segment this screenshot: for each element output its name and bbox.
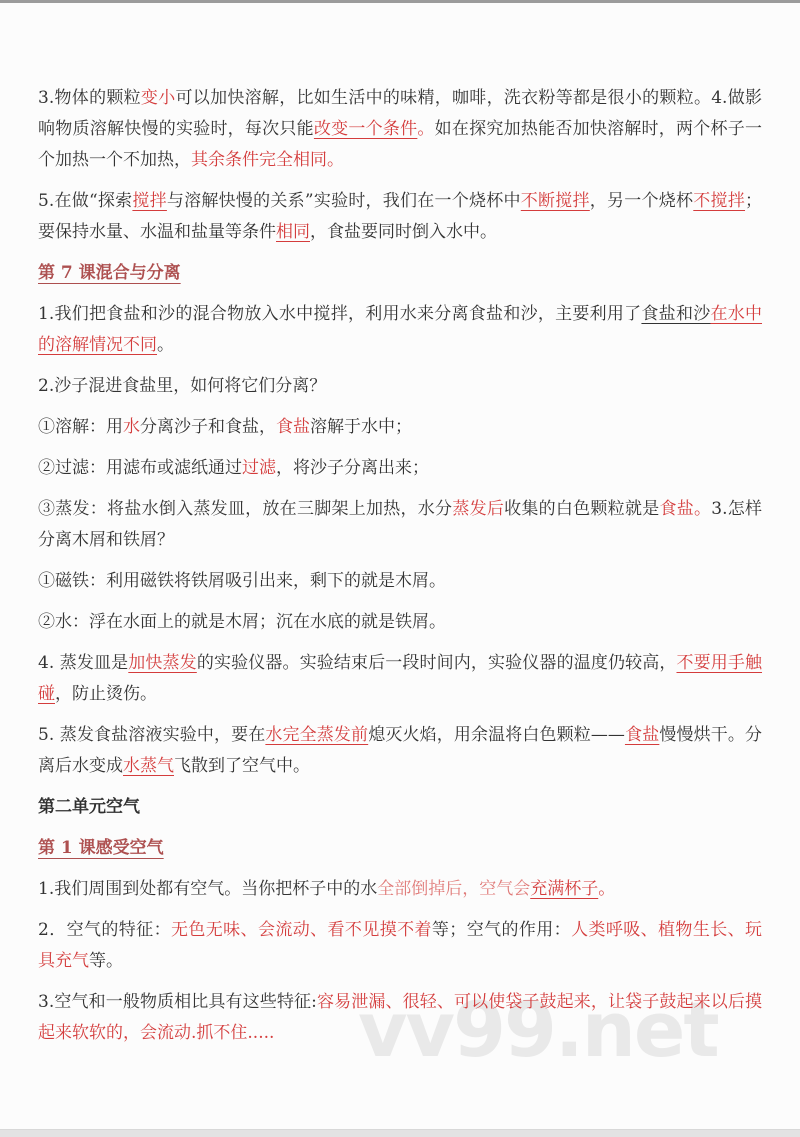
text-run: 溶解于水中； [310, 417, 412, 437]
page-bottom-edge [0, 1129, 800, 1137]
paragraph: 2．空气的特征：无色无味、会流动、看不见摸不着等；空气的作用：人类呼吸、植物生长… [38, 915, 762, 977]
paragraph: 4. 蒸发皿是加快蒸发的实验仪器。实验结束后一段时间内，实验仪器的温度仍较高，不… [38, 648, 762, 710]
text-run: ，另一个烧杯 [590, 191, 693, 211]
text-run: 无色无味、会流动、看不见摸不着 [171, 920, 432, 940]
text-run: 2．空气的特征： [38, 920, 171, 940]
paragraph: ①磁铁：利用磁铁将铁屑吸引出来，剩下的就是木屑。 [38, 566, 762, 597]
paragraph: 5. 蒸发食盐溶液实验中，要在水完全蒸发前熄灭火焰，用余温将白色颗粒——食盐慢慢… [38, 720, 762, 782]
text-run: 5.在做“探索 [38, 191, 132, 211]
text-run: ②水：浮在水面上的就是木屑；沉在水底的就是铁屑。 [38, 612, 446, 632]
text-run: ，食盐要同时倒入水中。 [310, 222, 497, 242]
text-run: 。 [598, 879, 615, 899]
text-run: 不搅拌 [693, 191, 745, 211]
text-run: 。 [417, 119, 434, 139]
text-run: 全部倒掉后，空气会 [377, 879, 530, 899]
paragraph: 1.我们把食盐和沙的混合物放入水中搅拌，利用水来分离食盐和沙，主要利用了食盐和沙… [38, 299, 762, 361]
paragraph: 5.在做“探索搅拌与溶解快慢的关系”实验时，我们在一个烧杯中不断搅拌，另一个烧杯… [38, 186, 762, 248]
paragraph: ②水：浮在水面上的就是木屑；沉在水底的就是铁屑。 [38, 607, 762, 638]
paragraph: 2.沙子混进食盐里，如何将它们分离？ [38, 371, 762, 402]
text-run: ，防止烫伤。 [55, 684, 157, 704]
text-run: 食盐。 [659, 499, 711, 519]
text-run: 。 [157, 335, 174, 355]
text-run: 1.我们周围到处都有空气。当你把杯子中的水 [38, 879, 377, 899]
section-heading: 第 1 课感受空气 [38, 833, 762, 864]
text-run: ①溶解：用 [38, 417, 123, 437]
text-run: 蒸发后 [452, 499, 504, 519]
text-run: 不断搅拌 [521, 191, 590, 211]
text-run: 第二单元空气 [38, 797, 140, 817]
text-run: 水 [123, 417, 140, 437]
text-run: 分离沙子和食盐， [140, 417, 276, 437]
text-run: 改变一个条件 [314, 119, 417, 139]
text-run: 3.物体的颗粒 [38, 88, 141, 108]
document-page: vv99.net 3.物体的颗粒变小可以加快溶解，比如生活中的味精，咖啡，洗衣粉… [0, 0, 800, 1137]
paragraph: 1.我们周围到处都有空气。当你把杯子中的水全部倒掉后，空气会充满杯子。 [38, 874, 762, 905]
paragraph: 3.物体的颗粒变小可以加快溶解，比如生活中的味精，咖啡，洗衣粉等都是很小的颗粒。… [38, 83, 762, 176]
text-run: ③蒸发：将盐水倒入蒸发皿，放在三脚架上加热，水分 [38, 499, 452, 519]
text-run: 熄灭火焰，用余温将白色颗粒—— [368, 725, 625, 745]
text-run: 收集的白色颗粒就是 [504, 499, 659, 519]
text-run: ②过滤：用滤布或滤纸通过 [38, 458, 242, 478]
text-run: ①磁铁：利用磁铁将铁屑吸引出来，剩下的就是木屑。 [38, 571, 446, 591]
text-run: 其余条件完全相同。 [191, 150, 344, 170]
text-run: 搅拌 [132, 191, 167, 211]
text-run: 相同 [276, 222, 310, 242]
paragraph: ①溶解：用水分离沙子和食盐，食盐溶解于水中； [38, 412, 762, 443]
section-heading: 第 7 课混合与分离 [38, 258, 762, 289]
paragraph: ②过滤：用滤布或滤纸通过过滤，将沙子分离出来； [38, 453, 762, 484]
text-run: 1.我们把食盐和沙的混合物放入水中搅拌，利用水来分离食盐和沙，主要利用了 [38, 304, 641, 324]
text-run: 飞散到了空气中。 [174, 756, 310, 776]
text-run: 4. 蒸发皿是 [38, 653, 128, 673]
text-run: 2.沙子混进食盐里，如何将它们分离？ [38, 376, 326, 396]
text-run: 水完全蒸发前 [265, 725, 368, 745]
text-run: 等。 [89, 951, 123, 971]
text-run: 食盐 [276, 417, 310, 437]
text-run: 等；空气的作用： [432, 920, 571, 940]
text-run: ，将沙子分离出来； [276, 458, 429, 478]
text-run: 第 7 课混合与分离 [38, 263, 181, 283]
text-run: 变小 [141, 88, 176, 108]
document-body: 3.物体的颗粒变小可以加快溶解，比如生活中的味精，咖啡，洗衣粉等都是很小的颗粒。… [0, 0, 800, 1049]
text-run: 水蒸气 [123, 756, 174, 776]
section-heading: 第二单元空气 [38, 792, 762, 823]
text-run: 的实验仪器。实验结束后一段时间内，实验仪器的温度仍较高， [197, 653, 677, 673]
text-run: 5. 蒸发食盐溶液实验中，要在 [38, 725, 265, 745]
text-run: 充满杯子 [530, 879, 598, 899]
text-run: 与溶解快慢的关系”实验时，我们在一个烧杯中 [167, 191, 521, 211]
paragraph: 3.空气和一般物质相比具有这些特征:容易泄漏、很轻、可以使袋子鼓起来，让袋子鼓起… [38, 987, 762, 1049]
text-run: 加快蒸发 [128, 653, 197, 673]
text-run: 3.空气和一般物质相比具有这些特征: [38, 992, 317, 1012]
text-run: 过滤 [242, 458, 276, 478]
text-run: 第 1 课感受空气 [38, 838, 164, 858]
paragraph: ③蒸发：将盐水倒入蒸发皿，放在三脚架上加热，水分蒸发后收集的白色颗粒就是食盐。3… [38, 494, 762, 556]
text-run: 食盐 [625, 725, 659, 745]
text-run: 食盐和沙 [641, 304, 710, 324]
